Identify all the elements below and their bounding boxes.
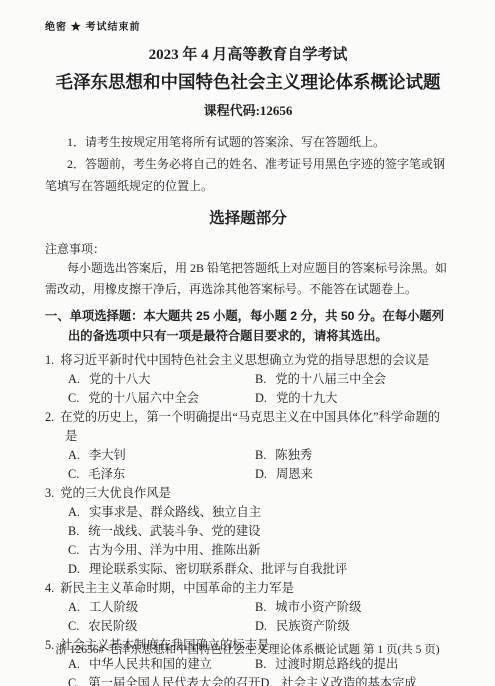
option: C.第一届全国人民代表大会的召开 (68, 674, 260, 686)
option: A.实事求是、群众路线、独立自主 (68, 503, 261, 522)
question-text: 3.党的三大优良作风是 (45, 484, 451, 503)
option-label: C. (68, 676, 79, 686)
instruction-1: 1．请考生按规定用笔将所有试题的答案涂、写在答题纸上。 (45, 131, 451, 153)
option-text: 社会主义改造的基本完成 (281, 676, 416, 686)
option-text: 工人阶级 (89, 600, 138, 614)
option-label: C. (68, 619, 79, 633)
option-label: B. (255, 448, 266, 462)
course-code-value: 12656 (260, 103, 293, 118)
option: A.工人阶级 (68, 598, 255, 617)
option: C.毛泽东 (68, 465, 255, 484)
option-label: D. (255, 619, 267, 633)
option-row: C.党的十八届六中全会D.党的十九大 (68, 389, 451, 408)
option-list: A.中华人民共和国的建立B.过渡时期总路线的提出C.第一届全国人民代表大会的召开… (68, 655, 451, 686)
option-label: D. (260, 676, 272, 686)
question-text: 2.在党的历史上，第一个明确提出“马克思主义在中国具体化”科学命题的是 (45, 408, 451, 446)
option: B.党的十八届三中全会 (255, 370, 386, 389)
question-number: 3. (45, 486, 54, 500)
option: D.党的十九大 (255, 389, 337, 408)
option-text: 实事求是、群众路线、独立自主 (89, 505, 261, 519)
option: B.统一战线、武装斗争、党的建设 (68, 522, 260, 541)
option-label: B. (255, 600, 266, 614)
option-row: A.实事求是、群众路线、独立自主 (68, 503, 451, 522)
option: A.中华人民共和国的建立 (68, 655, 255, 674)
option-list: A.李大钊B.陈独秀C.毛泽东D.周恩来 (68, 446, 451, 484)
option: D.社会主义改造的基本完成 (260, 674, 416, 686)
option-row: A.中华人民共和国的建立B.过渡时期总路线的提出 (68, 655, 451, 674)
option-label: C. (68, 391, 79, 405)
option-text: 李大钊 (89, 448, 126, 462)
option-text: 理论联系实际、密切联系群众、批评与自我批评 (89, 562, 347, 576)
option-list: A.党的十八大B.党的十八届三中全会C.党的十八届六中全会D.党的十九大 (68, 370, 451, 408)
question: 3.党的三大优良作风是A.实事求是、群众路线、独立自主B.统一战线、武装斗争、党… (45, 484, 451, 579)
option: A.党的十八大 (68, 370, 255, 389)
option-text: 古为今用、洋为中用、推陈出新 (88, 543, 260, 557)
option-row: C.农民阶级D.民族资产阶级 (68, 617, 451, 636)
question-number: 2. (45, 410, 54, 424)
option-text: 农民阶级 (88, 619, 137, 633)
course-code-label: 课程代码: (204, 103, 260, 118)
option: D.周恩来 (255, 465, 313, 484)
option-label: A. (68, 448, 80, 462)
question: 1.将习近平新时代中国特色社会主义思想确立为党的指导思想的会议是A.党的十八大B… (45, 351, 451, 408)
section-one-heading: 一、单项选择题：本大题共 25 小题，每小题 2 分，共 50 分。在每小题列出… (45, 306, 451, 346)
option-label: D. (68, 562, 80, 576)
option-text: 党的十八届三中全会 (275, 372, 386, 386)
option-label: D. (255, 467, 267, 481)
option: D.民族资产阶级 (255, 617, 350, 636)
option-row: A.党的十八大B.党的十八届三中全会 (68, 370, 451, 389)
exam-subject-title: 毛泽东思想和中国特色社会主义理论体系概论试题 (45, 69, 451, 94)
option-row: A.李大钊B.陈独秀 (68, 446, 451, 465)
secrecy-banner: 绝密 ★ 考试结束前 (45, 18, 451, 33)
option: B.城市小资产阶级 (255, 598, 361, 617)
exam-paper-page: 绝密 ★ 考试结束前 2023 年 4 月高等教育自学考试 毛泽东思想和中国特色… (0, 0, 495, 686)
option-label: B. (68, 524, 79, 538)
question: 4.新民主主义革命时期，中国革命的主力军是A.工人阶级B.城市小资产阶级C.农民… (45, 579, 451, 636)
question-title: 将习近平新时代中国特色社会主义思想确立为党的指导思想的会议是 (60, 353, 429, 367)
option-list: A.工人阶级B.城市小资产阶级C.农民阶级D.民族资产阶级 (68, 598, 451, 636)
option-label: A. (68, 505, 80, 519)
option-text: 党的十八届六中全会 (88, 391, 199, 405)
question-title: 在党的历史上，第一个明确提出“马克思主义在中国具体化”科学命题的是 (60, 410, 440, 443)
option-label: A. (68, 600, 80, 614)
option-row: C.毛泽东D.周恩来 (68, 465, 451, 484)
option-text: 统一战线、武装斗争、党的建设 (88, 524, 260, 538)
option-label: B. (255, 657, 266, 671)
option-text: 民族资产阶级 (276, 619, 350, 633)
option-row: A.工人阶级B.城市小资产阶级 (68, 598, 451, 617)
option: C.党的十八届六中全会 (68, 389, 255, 408)
question: 2.在党的历史上，第一个明确提出“马克思主义在中国具体化”科学命题的是A.李大钊… (45, 408, 451, 484)
option-text: 中华人民共和国的建立 (89, 657, 212, 671)
page-footer: 浙 12656# 毛泽东思想和中国特色社会主义理论体系概论试题 第 1 页(共 … (0, 641, 495, 657)
question-number: 4. (45, 581, 54, 595)
option: A.李大钊 (68, 446, 255, 465)
option-list: A.实事求是、群众路线、独立自主B.统一战线、武装斗争、党的建设C.古为今用、洋… (68, 503, 451, 579)
instruction-2: 2．答题前，考生务必将自己的姓名、准考证号用黑色字迹的签字笔或钢笔填写在答题纸规… (45, 153, 451, 197)
question-number: 1. (45, 353, 54, 367)
option-text: 毛泽东 (88, 467, 125, 481)
option-label: A. (68, 657, 80, 671)
option: B.过渡时期总路线的提出 (255, 655, 398, 674)
option: C.农民阶级 (68, 617, 255, 636)
question-title: 新民主主义革命时期，中国革命的主力军是 (60, 581, 294, 595)
option-text: 周恩来 (276, 467, 313, 481)
question-text: 4.新民主主义革命时期，中国革命的主力军是 (45, 579, 451, 598)
option-row: B.统一战线、武装斗争、党的建设 (68, 522, 451, 541)
option-row: C.第一届全国人民代表大会的召开D.社会主义改造的基本完成 (68, 674, 451, 686)
option-label: C. (68, 467, 79, 481)
option: C.古为今用、洋为中用、推陈出新 (68, 541, 260, 560)
exam-session-title: 2023 年 4 月高等教育自学考试 (45, 43, 451, 64)
option-text: 第一届全国人民代表大会的召开 (88, 676, 260, 686)
option-label: D. (255, 391, 267, 405)
option-text: 党的十九大 (276, 391, 338, 405)
notice-label: 注意事项： (45, 240, 451, 257)
question-text: 1.将习近平新时代中国特色社会主义思想确立为党的指导思想的会议是 (45, 351, 451, 370)
course-code: 课程代码:12656 (45, 100, 451, 119)
option-label: C. (68, 543, 79, 557)
option-label: B. (255, 372, 266, 386)
option-text: 城市小资产阶级 (275, 600, 361, 614)
question-title: 党的三大优良作风是 (60, 486, 171, 500)
option-row: C.古为今用、洋为中用、推陈出新 (68, 541, 451, 560)
option: D.理论联系实际、密切联系群众、批评与自我批评 (68, 560, 347, 579)
option-text: 陈独秀 (275, 448, 312, 462)
question-list: 1.将习近平新时代中国特色社会主义思想确立为党的指导思想的会议是A.党的十八大B… (45, 351, 451, 686)
option: B.陈独秀 (255, 446, 312, 465)
choice-part-title: 选择题部分 (45, 206, 451, 228)
option-text: 过渡时期总路线的提出 (275, 657, 398, 671)
notice-text: 每小题选出答案后，用 2B 铅笔把答题纸上对应题目的答案标号涂黑。如需改动，用橡… (45, 258, 451, 299)
option-text: 党的十八大 (89, 372, 151, 386)
option-label: A. (68, 372, 80, 386)
option-row: D.理论联系实际、密切联系群众、批评与自我批评 (68, 560, 451, 579)
